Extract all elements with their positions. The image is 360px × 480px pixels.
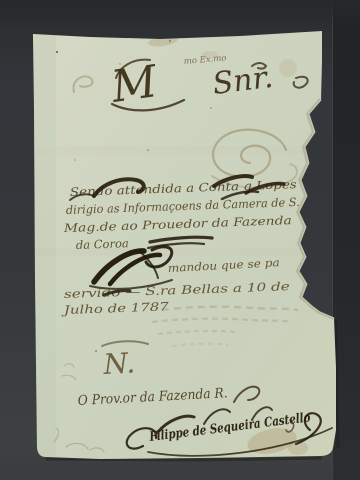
photo-scene: M mo Ex.mo Snr. Sendo attendida a Conta …: [0, 0, 360, 480]
paper-fold-band: [34, 146, 324, 155]
paragraph1-line: da Coroa: [76, 236, 129, 252]
ink-speck: [56, 51, 58, 53]
paper-left-shading: [34, 34, 56, 464]
stain: [279, 59, 297, 77]
ink-speck: [147, 149, 149, 151]
ink-speck: [95, 350, 97, 352]
margin-mark-letter: N.: [102, 346, 136, 381]
ink-speck: [210, 107, 212, 109]
ink-speck: [169, 40, 171, 42]
manuscript-photo: M mo Ex.mo Snr. Sendo attendida a Conta …: [0, 0, 360, 480]
stain: [314, 190, 326, 230]
ink-speck: [74, 159, 75, 160]
